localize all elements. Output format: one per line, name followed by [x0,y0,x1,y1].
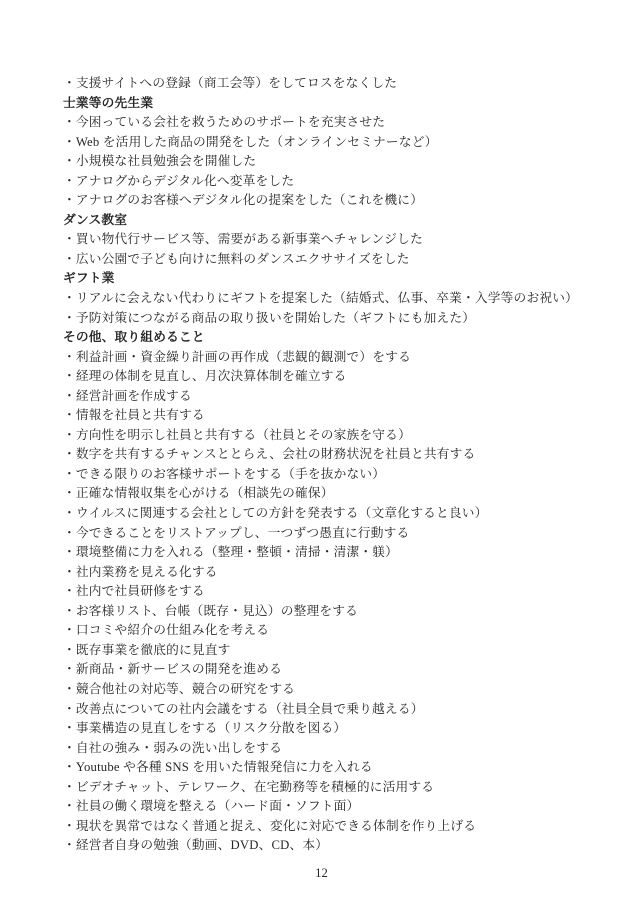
list-item: ・買い物代行サービス等、需要がある新事業へチャレンジした [63,230,613,250]
list-item: ・新商品・新サービスの開発を進める [63,660,613,680]
list-item: ・自社の強み・弱みの洗い出しをする [63,739,613,759]
list-item: ・正確な情報収集を心がける（相談先の確保） [63,484,613,504]
list-item: ・今できることをリストアップし、一つずつ愚直に行動する [63,524,613,544]
list-item: ・社員の働く環境を整える（ハード面・ソフト面） [63,797,613,817]
list-item: ・Web を活用した商品の開発をした（オンラインセミナーなど） [63,133,613,153]
list-item: ・できる限りのお客様サポートをする（手を抜かない） [63,465,613,485]
list-item: ・既存事業を徹底的に見直す [63,641,613,661]
document-page: ・支援サイトへの登録（商工会等）をしてロスをなくした士業等の先生業・今困っている… [0,0,643,907]
list-item: ・小規模な社員勉強会を開催した [63,152,613,172]
section-heading: 士業等の先生業 [63,94,613,114]
list-item: ・アナログのお客様へデジタル化の提案をした（これを機に） [63,191,613,211]
list-item: ・アナログからデジタル化へ変革をした [63,172,613,192]
list-item: ・事業構造の見直しをする（リスク分散を図る） [63,719,613,739]
section-heading: ギフト業 [63,269,613,289]
section-heading: その他、取り組めること [63,328,613,348]
list-item: ・情報を社員と共有する [63,406,613,426]
list-item: ・競合他社の対応等、競合の研究をする [63,680,613,700]
list-item: ・ウイルスに関連する会社としての方針を発表する（文章化すると良い） [63,504,613,524]
page-number: 12 [0,864,643,884]
list-item: ・Youtube や各種 SNS を用いた情報発信に力を入れる [63,758,613,778]
section-heading: ダンス教室 [63,211,613,231]
list-item: ・リアルに会えない代わりにギフトを提案した（結婚式、仏事、卒業・入学等のお祝い） [63,289,613,309]
list-item: ・支援サイトへの登録（商工会等）をしてロスをなくした [63,74,613,94]
list-item: ・改善点についての社内会議をする（社員全員で乗り越える） [63,700,613,720]
list-item: ・経理の体制を見直し、月次決算体制を確立する [63,367,613,387]
list-item: ・社内業務を見える化する [63,563,613,583]
list-item: ・環境整備に力を入れる（整理・整頓・清掃・清潔・躾） [63,543,613,563]
list-item: ・お客様リスト、台帳（既存・見込）の整理をする [63,602,613,622]
list-item: ・数字を共有するチャンスととらえ、会社の財務状況を社員と共有する [63,445,613,465]
list-item: ・社内で社員研修をする [63,582,613,602]
list-item: ・今困っている会社を救うためのサポートを充実させた [63,113,613,133]
list-item: ・予防対策につながる商品の取り扱いを開始した（ギフトにも加えた） [63,309,613,329]
list-item: ・利益計画・資金繰り計画の再作成（悲観的観測で）をする [63,348,613,368]
list-item: ・方向性を明示し社員と共有する（社員とその家族を守る） [63,426,613,446]
list-item: ・ビデオチャット、テレワーク、在宅勤務等を積極的に活用する [63,778,613,798]
list-item: ・口コミや紹介の仕組み化を考える [63,621,613,641]
document-body: ・支援サイトへの登録（商工会等）をしてロスをなくした士業等の先生業・今困っている… [63,74,613,856]
list-item: ・経営者自身の勉強（動画、DVD、CD、本） [63,836,613,856]
list-item: ・現状を異常ではなく普通と捉え、変化に対応できる体制を作り上げる [63,817,613,837]
list-item: ・広い公園で子ども向けに無料のダンスエクササイズをした [63,250,613,270]
list-item: ・経営計画を作成する [63,387,613,407]
